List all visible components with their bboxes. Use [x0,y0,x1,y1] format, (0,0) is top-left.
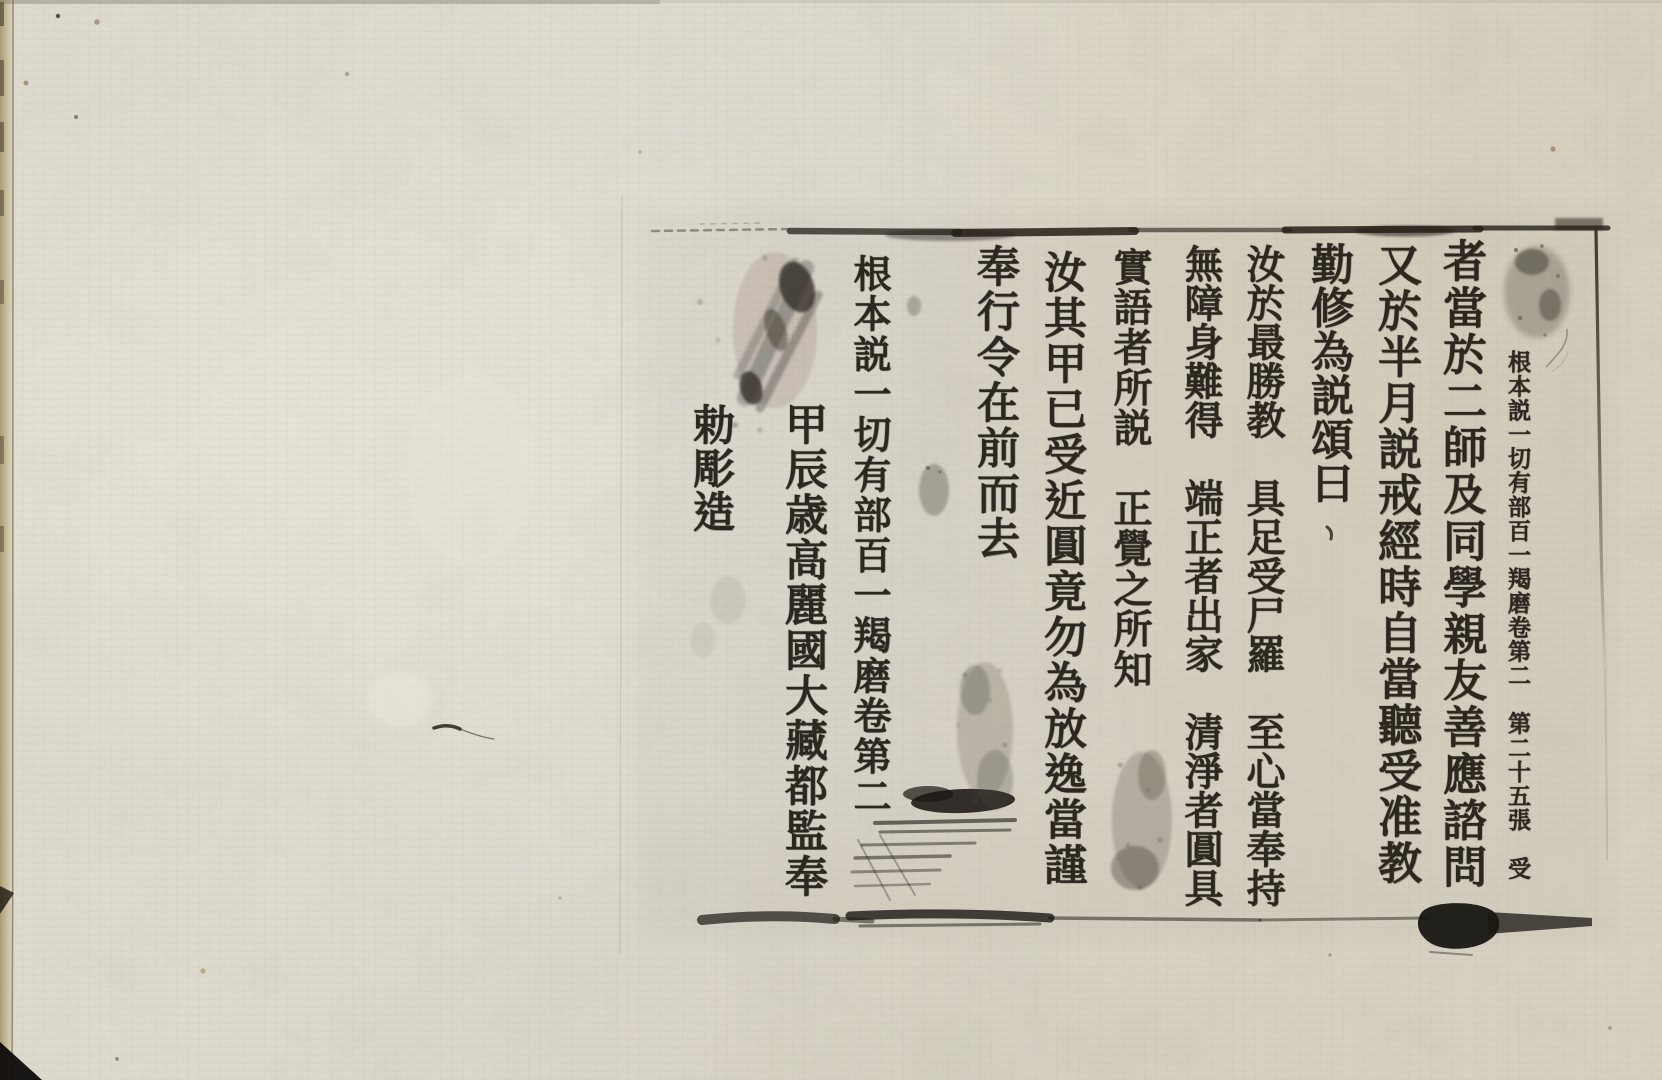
printed-text-block: 根本説一切有部百一羯磨卷第二 第二十五張 受 者當於二師及同學親友善應諮問 又於… [0,0,1662,1080]
text-column-4: 汝其甲已受近圓竟勿為放逸當謹 [1040,250,1083,888]
colophon-edict-column: 勅彫造 [689,403,731,534]
text-column-1: 者當於二師及同學親友善應諮問 [1438,238,1482,890]
text-column-2: 又於半月説戒經時自當聽受准教 [1373,242,1417,886]
verse-column-1: 汝於最勝教 具足受尸羅 至心當奉持 [1243,244,1282,907]
colophon-date-column: 甲辰歳高麗國大藏都監奉 [781,402,824,899]
margin-title-column: 根本説一切有部百一羯磨卷第二 第二十五張 受 [1506,350,1529,880]
verse-column-2: 無障身難得 端正者出家 清淨者圓具 [1181,244,1220,907]
verse-column-3: 實語者所説 正覺之所知 [1110,247,1149,689]
text-column-5: 奉行令在前而去 [973,244,1016,562]
text-column-3: 勤修為説頌曰 [1307,242,1350,505]
end-title-column: 根本説一切有部百一羯磨卷第二 [849,254,887,817]
scanned-sutra-page: 根本説一切有部百一羯磨卷第二 第二十五張 受 者當於二師及同學親友善應諮問 又於… [0,0,1662,1080]
